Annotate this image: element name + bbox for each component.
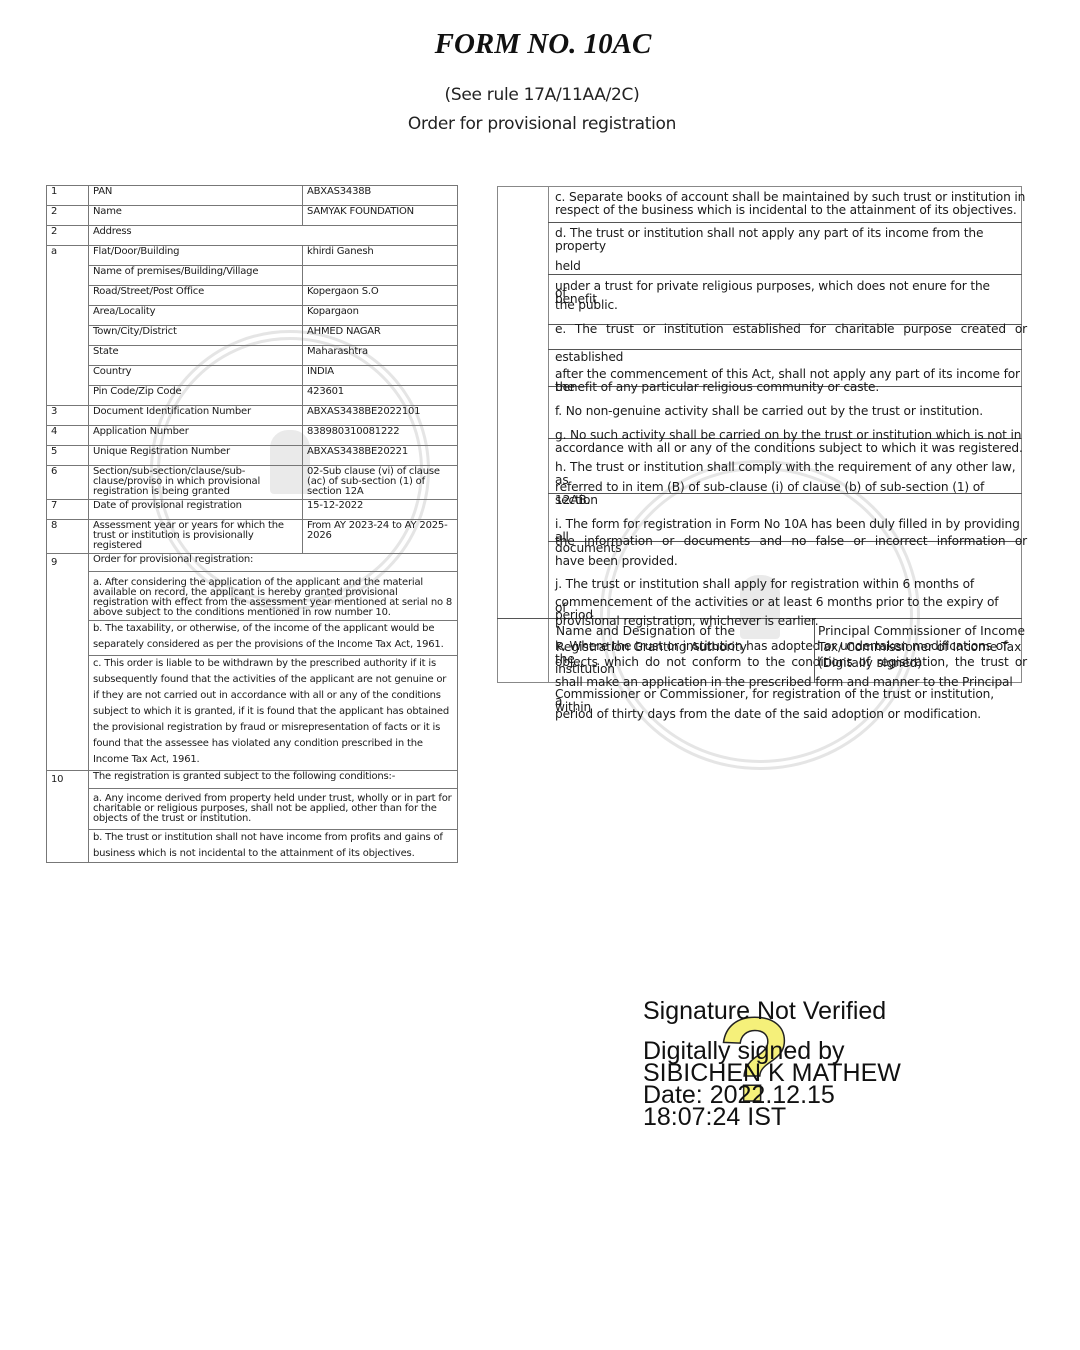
condition-j-line1: j. The trust or institution shall apply … [555, 578, 1027, 591]
form-title: FORM NO. 10AC [0, 28, 1080, 61]
row-value: From AY 2023-24 to AY 2025-2026 [303, 520, 458, 554]
row-number [47, 266, 89, 286]
order-item: a. After considering the application of … [89, 572, 458, 621]
order-item: c. This order is liable to be withdrawn … [89, 656, 458, 771]
row-number [47, 386, 89, 406]
authority-column-divider [814, 619, 815, 683]
row-value: 02-Sub clause (vi) of clause (ac) of sub… [303, 466, 458, 500]
registration-details-table: 1PANABXAS3438B2NameSAMYAK FOUNDATION2Add… [46, 185, 458, 863]
condition-c: c. Separate books of account shall be ma… [555, 191, 1027, 217]
row-number: 5 [47, 446, 89, 466]
row-value: ABXAS3438BE2022101 [303, 406, 458, 426]
condition-k-line6: period of thirty days from the date of t… [555, 708, 1027, 721]
row-label: Town/City/District [89, 326, 303, 346]
condition-item: b. The trust or institution shall not ha… [89, 830, 458, 863]
row-label: Section/sub-section/clause/sub-clause/pr… [89, 466, 303, 500]
row-label: Pin Code/Zip Code [89, 386, 303, 406]
table-row: 9Order for provisional registration: [47, 554, 458, 572]
table-row: Area/LocalityKopargaon [47, 306, 458, 326]
condition-e-line2: established [555, 351, 1027, 364]
order-item: b. The taxability, or otherwise, of the … [89, 621, 458, 656]
row-label: Road/Street/Post Office [89, 286, 303, 306]
row-number: 8 [47, 520, 89, 554]
table-row: aFlat/Door/Buildingkhirdi Ganesh [47, 246, 458, 266]
table-row: a. After considering the application of … [47, 572, 458, 621]
row-label: Document Identification Number [89, 406, 303, 426]
table-row: Town/City/DistrictAHMED NAGAR [47, 326, 458, 346]
table-row: StateMaharashtra [47, 346, 458, 366]
table-row: b. The taxability, or otherwise, of the … [47, 621, 458, 656]
row-number [47, 346, 89, 366]
row-number [47, 326, 89, 346]
row-number: 3 [47, 406, 89, 426]
row-divider [548, 222, 1022, 223]
table-row: b. The trust or institution shall not ha… [47, 830, 458, 863]
row-number [47, 306, 89, 326]
rule-reference: (See rule 17A/11AA/2C) [0, 85, 1080, 105]
row-value: Kopargaon [303, 306, 458, 326]
signature-status: Signature Not Verified [643, 996, 901, 1026]
condition-d-line4: the public. [555, 299, 1027, 312]
table-row: 2NameSAMYAK FOUNDATION [47, 206, 458, 226]
row-label: PAN [89, 186, 303, 206]
row-label: Name of premises/Building/Village [89, 266, 303, 286]
table-row: 7Date of provisional registration15-12-2… [47, 500, 458, 520]
row-value: 15-12-2022 [303, 500, 458, 520]
row-label: Application Number [89, 426, 303, 446]
row-value: ABXAS3438B [303, 186, 458, 206]
row-value: INDIA [303, 366, 458, 386]
row-label: Country [89, 366, 303, 386]
row-value: Maharashtra [303, 346, 458, 366]
table-row: 2Address [47, 226, 458, 246]
row-value: ABXAS3438BE20221 [303, 446, 458, 466]
row-value: 423601 [303, 386, 458, 406]
row-number: a [47, 246, 89, 266]
table-row: a. Any income derived from property held… [47, 789, 458, 830]
row-number: 10 [47, 771, 89, 863]
row-number: 4 [47, 426, 89, 446]
authority-value: Principal Commissioner of Income Tax/ Co… [818, 623, 1028, 671]
table-row: 10The registration is granted subject to… [47, 771, 458, 789]
row-label: Area/Locality [89, 306, 303, 326]
table-row: CountryINDIA [47, 366, 458, 386]
row-heading: Order for provisional registration: [89, 554, 458, 572]
row-number [47, 366, 89, 386]
authority-value-line3: (Digitally signed) [818, 655, 1028, 671]
condition-f: f. No non-genuine activity shall be carr… [555, 405, 1027, 418]
table-row: 3Document Identification NumberABXAS3438… [47, 406, 458, 426]
row-label: Unique Registration Number [89, 446, 303, 466]
table-row: 6Section/sub-section/clause/sub-clause/p… [47, 466, 458, 500]
table-row: 8Assessment year or years for which the … [47, 520, 458, 554]
condition-i-line3: have been provided. [555, 555, 1027, 568]
condition-d-line2: held [555, 260, 1027, 273]
authority-value-line2: Tax/ Commissioner of Income Tax [818, 639, 1028, 655]
table-row: 5Unique Registration NumberABXAS3438BE20… [47, 446, 458, 466]
table-row: Name of premises/Building/Village [47, 266, 458, 286]
row-label: Assessment year or years for which the t… [89, 520, 303, 554]
row-value: Kopergaon S.O [303, 286, 458, 306]
row-number: 2 [47, 226, 89, 246]
condition-e-line1: e. The trust or institution established … [555, 323, 1027, 336]
row-label: State [89, 346, 303, 366]
row-label: Name [89, 206, 303, 226]
row-value: 838980310081222 [303, 426, 458, 446]
row-value: SAMYAK FOUNDATION [303, 206, 458, 226]
row-number: 2 [47, 206, 89, 226]
row-heading: The registration is granted subject to t… [89, 771, 458, 789]
row-label: Flat/Door/Building [89, 246, 303, 266]
row-divider [548, 274, 1022, 275]
digital-signature-block[interactable]: Signature Not Verified Digitally signed … [643, 996, 901, 1128]
signature-time: 18:07:24 IST [643, 1106, 901, 1128]
table-column-divider [548, 186, 549, 683]
row-number: 7 [47, 500, 89, 520]
authority-label: Name and Designation of the Registration… [556, 623, 811, 655]
row-label: Date of provisional registration [89, 500, 303, 520]
table-row: Road/Street/Post OfficeKopergaon S.O [47, 286, 458, 306]
table-row: 4Application Number838980310081222 [47, 426, 458, 446]
condition-h-line3: 12AB. [555, 494, 1027, 507]
row-value: AHMED NAGAR [303, 326, 458, 346]
authority-value-line1: Principal Commissioner of Income [818, 623, 1028, 639]
condition-g-line2: accordance with all or any of the condit… [555, 442, 1027, 455]
row-value: khirdi Ganesh [303, 246, 458, 266]
condition-d-line1: d. The trust or institution shall not ap… [555, 227, 1027, 253]
table-row: Pin Code/Zip Code423601 [47, 386, 458, 406]
condition-e-line4: benefit of any particular religious comm… [555, 381, 1027, 394]
row-label: Address [89, 226, 458, 246]
row-number: 6 [47, 466, 89, 500]
row-number: 1 [47, 186, 89, 206]
row-number: 9 [47, 554, 89, 771]
table-row: 1PANABXAS3438B [47, 186, 458, 206]
row-value [303, 266, 458, 286]
condition-item: a. Any income derived from property held… [89, 789, 458, 830]
row-number [47, 286, 89, 306]
table-row: c. This order is liable to be withdrawn … [47, 656, 458, 771]
form-subtitle: Order for provisional registration [0, 114, 1080, 134]
